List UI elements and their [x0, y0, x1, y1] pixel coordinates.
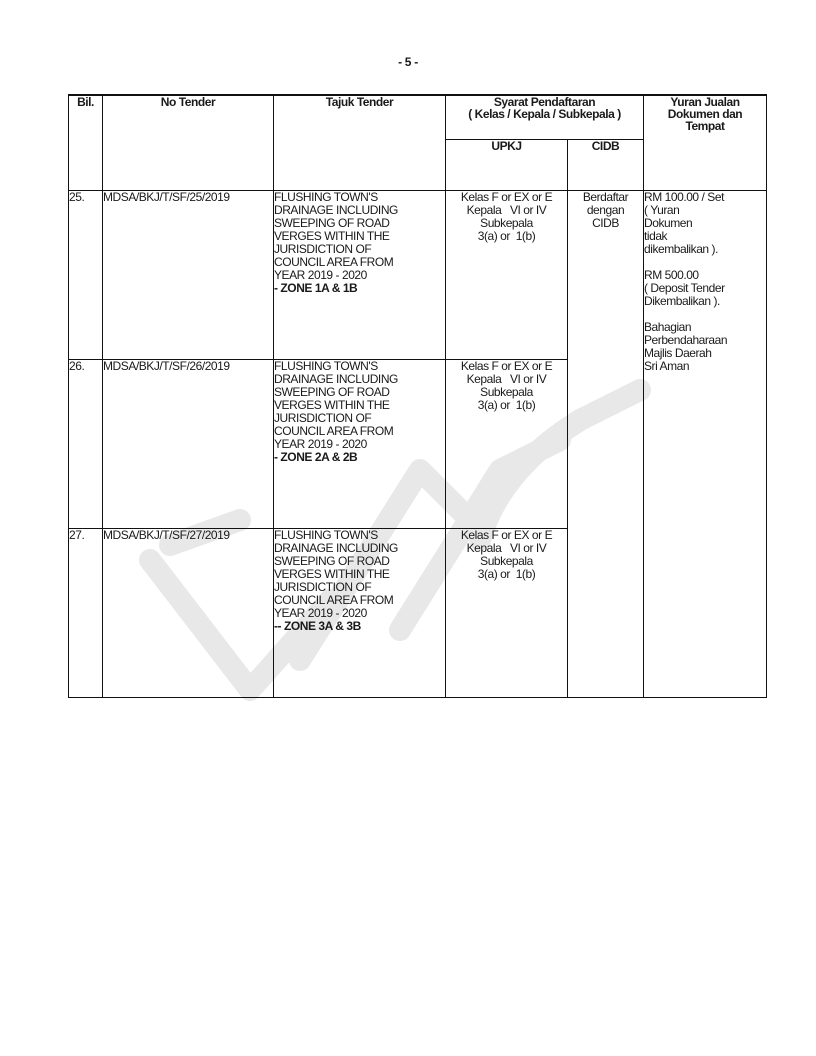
tajuk-text: FLUSHING TOWN'SDRAINAGE INCLUDINGSWEEPIN… — [274, 529, 445, 620]
header-syarat-subtitle: ( Kelas / Kepala / Subkepala ) — [446, 108, 643, 120]
zone-label: - ZONE 1A & 1B — [274, 282, 445, 295]
header-bil: Bil. — [69, 95, 103, 190]
yuran-place: BahagianPerbendaharaanMajlis DaerahSri A… — [644, 321, 766, 373]
header-tajuk-tender: Tajuk Tender — [274, 95, 446, 190]
cell-yuran: RM 100.00 / Set( YuranDokumentidakdikemb… — [644, 190, 767, 697]
tajuk-text: FLUSHING TOWN'SDRAINAGE INCLUDINGSWEEPIN… — [274, 360, 445, 451]
cell-tajuk: FLUSHING TOWN'SDRAINAGE INCLUDINGSWEEPIN… — [274, 528, 446, 697]
cell-no-tender: MDSA/BKJ/T/SF/25/2019 — [103, 190, 274, 359]
cell-bil: 25. — [69, 190, 103, 359]
header-upkj: UPKJ — [446, 139, 568, 190]
cell-tajuk: FLUSHING TOWN'SDRAINAGE INCLUDINGSWEEPIN… — [274, 190, 446, 359]
header-no-tender: No Tender — [103, 95, 274, 190]
cell-bil: 26. — [69, 359, 103, 528]
cell-tajuk: FLUSHING TOWN'SDRAINAGE INCLUDINGSWEEPIN… — [274, 359, 446, 528]
cell-no-tender: MDSA/BKJ/T/SF/27/2019 — [103, 528, 274, 697]
cell-bil: 27. — [69, 528, 103, 697]
page-number: - 5 - — [0, 55, 816, 69]
cell-upkj: Kelas F or EX or EKepala VI or IVSubkepa… — [446, 359, 568, 528]
yuran-deposit: RM 500.00( Deposit TenderDikembalikan ). — [644, 269, 766, 308]
header-cidb: CIDB — [568, 139, 644, 190]
header-yuran: Yuran Jualan Dokumen dan Tempat — [644, 95, 767, 190]
header-yuran-line: Tempat — [644, 120, 766, 132]
tender-table: Bil. No Tender Tajuk Tender Syarat Penda… — [68, 94, 767, 698]
cell-upkj: Kelas F or EX or EKepala VI or IVSubkepa… — [446, 528, 568, 697]
table-row: 25. MDSA/BKJ/T/SF/25/2019 FLUSHING TOWN'… — [69, 190, 767, 359]
cell-no-tender: MDSA/BKJ/T/SF/26/2019 — [103, 359, 274, 528]
zone-label: - ZONE 2A & 2B — [274, 451, 445, 464]
zone-label: -- ZONE 3A & 3B — [274, 620, 445, 633]
cell-upkj: Kelas F or EX or EKepala VI or IVSubkepa… — [446, 190, 568, 359]
yuran-fee: RM 100.00 / Set( YuranDokumentidakdikemb… — [644, 191, 766, 256]
tajuk-text: FLUSHING TOWN'SDRAINAGE INCLUDINGSWEEPIN… — [274, 191, 445, 282]
header-syarat-pendaftaran: Syarat Pendaftaran ( Kelas / Kepala / Su… — [446, 95, 644, 139]
cell-cidb: BerdaftardenganCIDB — [568, 190, 644, 697]
